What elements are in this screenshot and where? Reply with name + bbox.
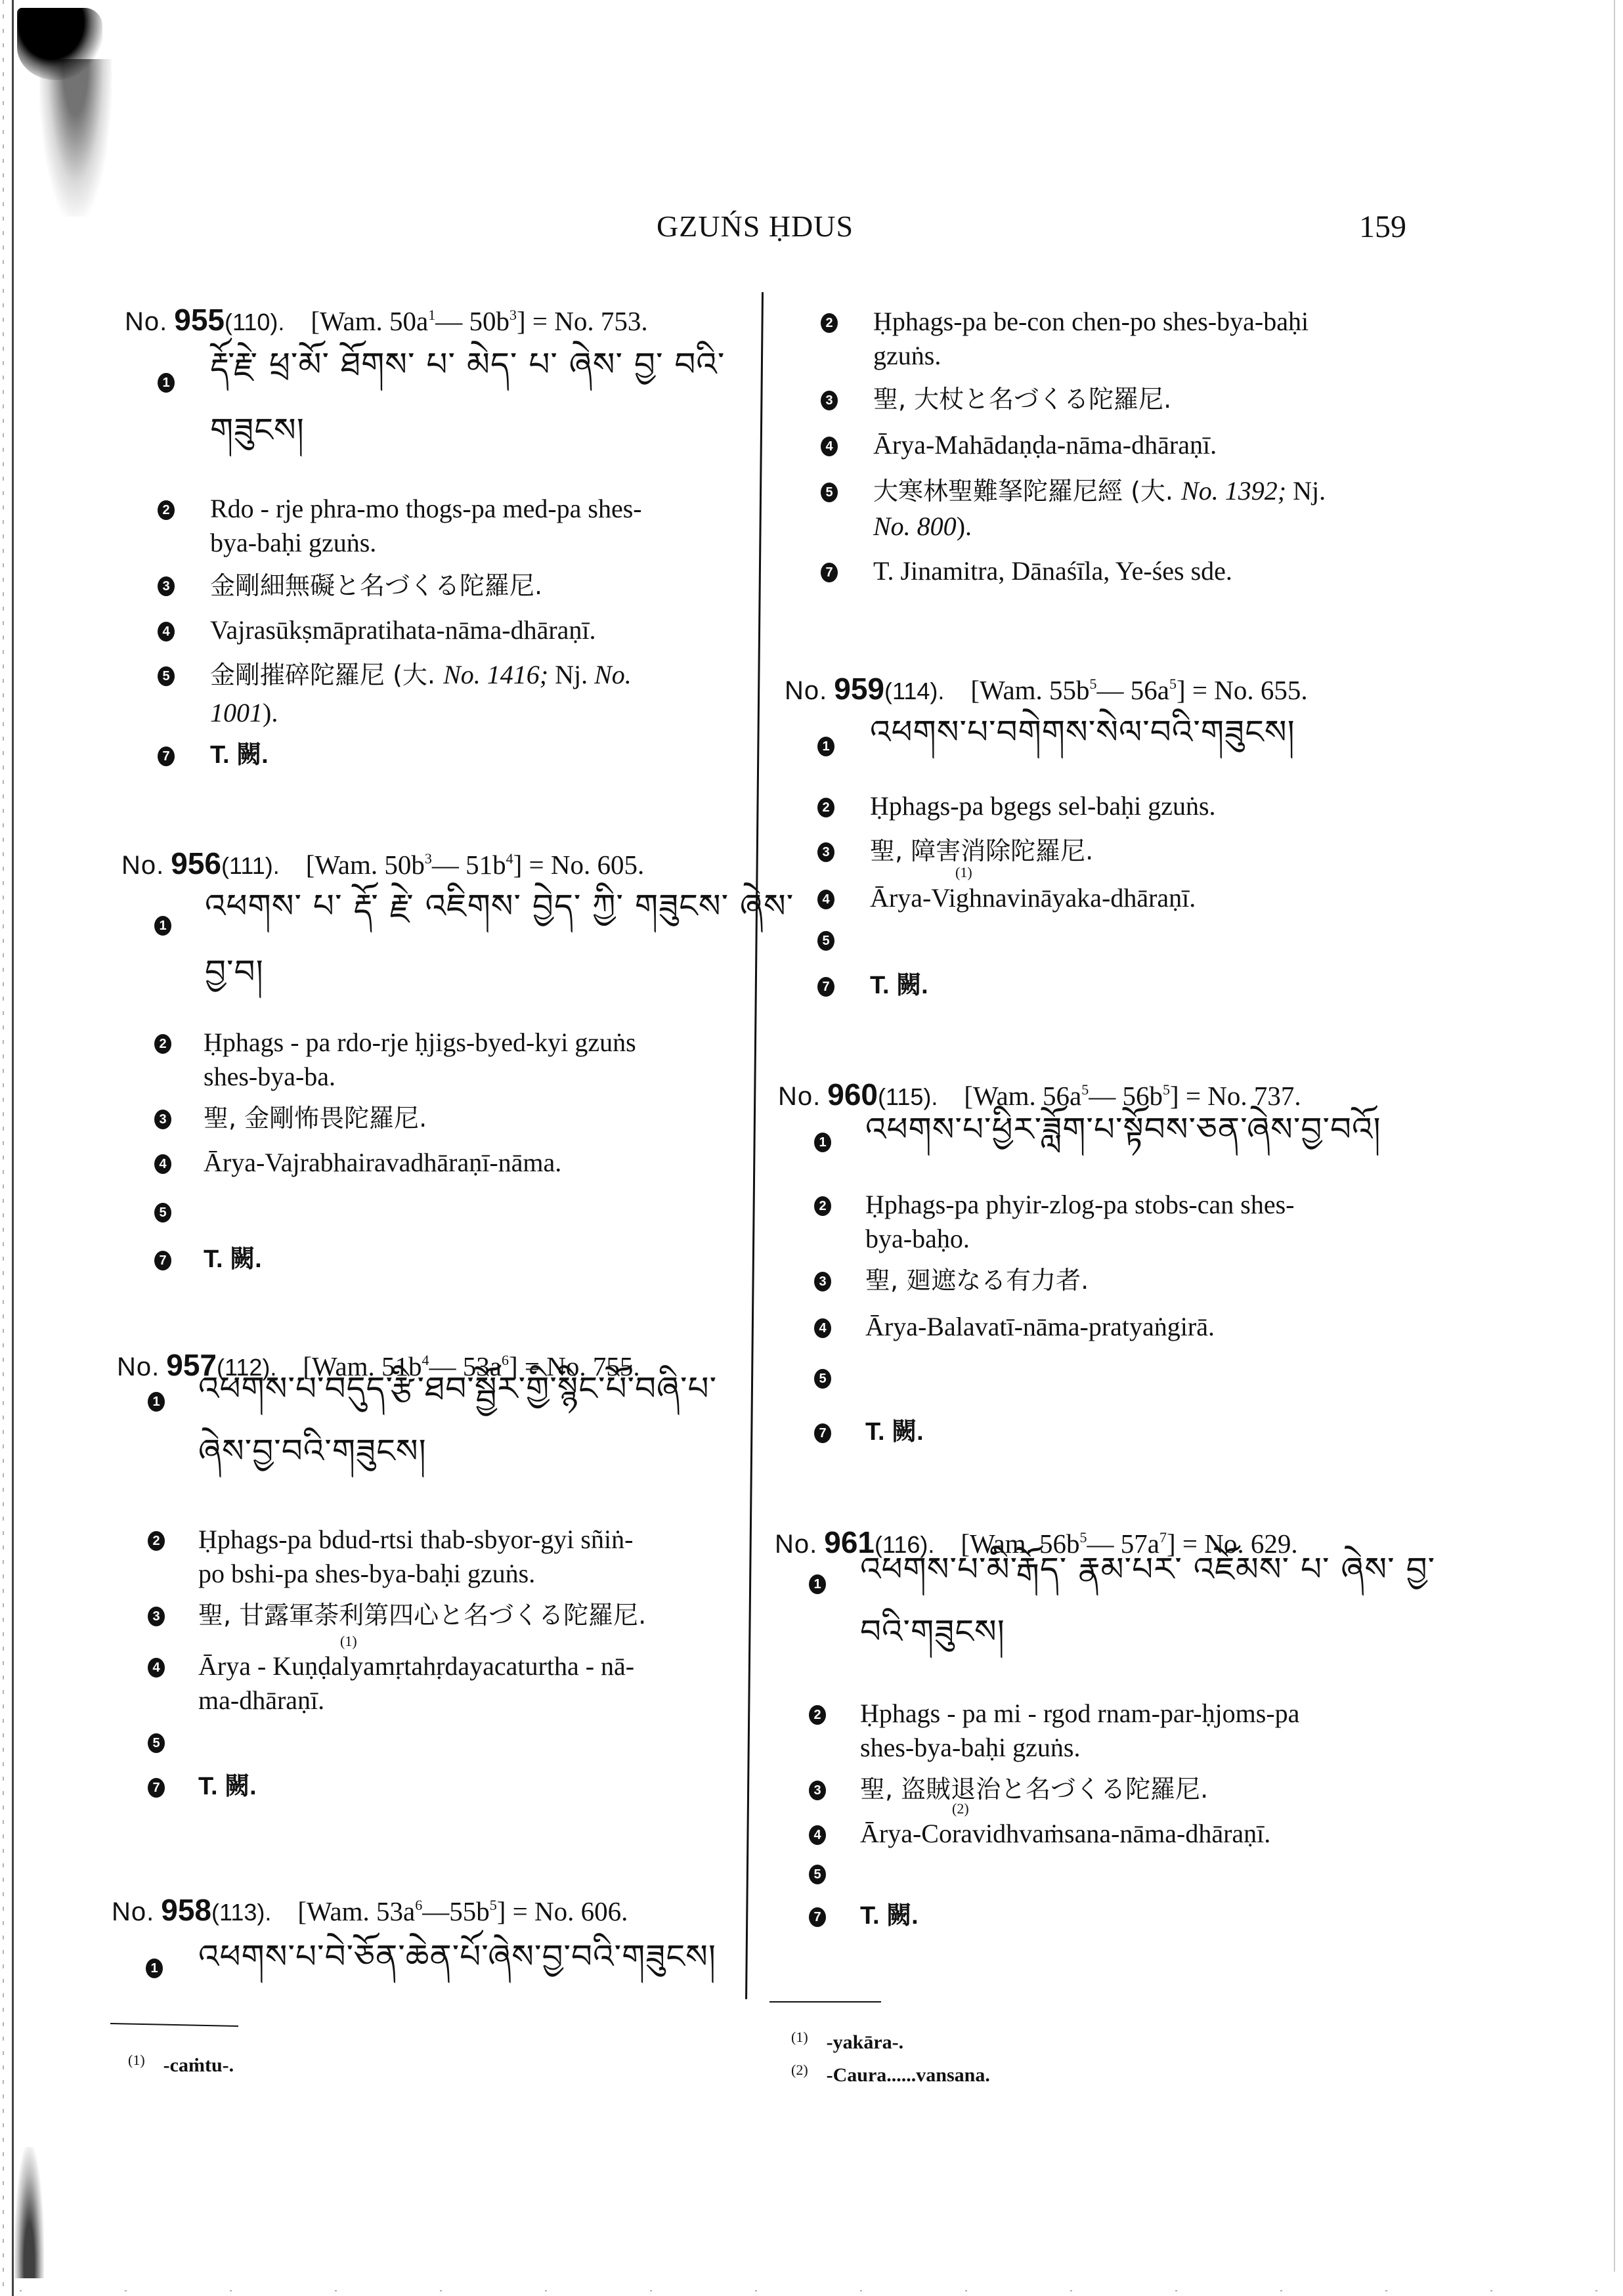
page-number: 159 bbox=[1359, 209, 1406, 245]
no-label: No. bbox=[117, 1353, 160, 1381]
no-label: No. bbox=[112, 1897, 154, 1926]
scan-smudge-top-tail bbox=[39, 59, 112, 217]
japanese-title: 聖, 障害消除陀羅尼. bbox=[870, 831, 1093, 871]
entry-heading: No. 959(114). [Wam. 55b5— 56a5] = No. 65… bbox=[785, 671, 1308, 706]
sanskrit-title: Ārya-Vajrabhairavadhāraṇī-nāma. bbox=[204, 1143, 561, 1182]
footnote-mark: (1) bbox=[128, 2052, 145, 2068]
tibetan-title-cont: བྱ་བ། bbox=[205, 952, 264, 991]
column-divider bbox=[745, 292, 764, 1999]
marker-4-icon: 4 bbox=[148, 1658, 165, 1678]
marker-7-icon: 7 bbox=[821, 563, 838, 582]
marker-3-icon: 3 bbox=[814, 1272, 831, 1291]
marker-2-icon: 2 bbox=[148, 1531, 165, 1551]
tibetan-title: འཕགས་པ་བགེགས་སེལ་བའི་གཟུངས། bbox=[870, 712, 1295, 752]
entry-heading: No. 956(111). [Wam. 50b3— 51b4] = No. 60… bbox=[121, 846, 644, 881]
footnote-rule bbox=[110, 2023, 238, 2027]
sanskrit-title: Ārya - Kuṇḍalyamṛtahṛdayacaturtha - nā- bbox=[198, 1647, 634, 1686]
transliteration: Ḥphags-pa be-con chen-po shes-bya-baḥi bbox=[873, 302, 1309, 341]
marker-1-icon: 1 bbox=[809, 1574, 826, 1594]
marker-5-icon: 5 bbox=[821, 483, 838, 502]
translator: T. 闕. bbox=[198, 1767, 257, 1806]
wam-reference: [Wam. 56a5— 56b5] = No. 737. bbox=[964, 1081, 1301, 1111]
transliteration: Ḥphags - pa mi - rgod rnam-par-ḥjoms-pa bbox=[860, 1694, 1299, 1733]
tibetan-title-cont: གཟུངས། bbox=[210, 410, 305, 450]
sanskrit-title: Vajrasūkṣmāpratihata-nāma-dhāraṇī. bbox=[210, 611, 596, 650]
marker-4-icon: 4 bbox=[821, 437, 838, 456]
tibetan-title: འཕགས་ པ་ རྡོ་ རྗེ་ འཇིགས་ བྱེད་ ཀྱི་ གཟུ… bbox=[205, 886, 794, 926]
marker-3-icon: 3 bbox=[821, 391, 838, 410]
marker-7-icon: 7 bbox=[148, 1778, 165, 1798]
translator: T. 闕. bbox=[870, 966, 928, 1005]
marker-5-icon: 5 bbox=[148, 1733, 165, 1753]
transliteration-cont: bya-baḥi gzuṅs. bbox=[210, 523, 376, 563]
marker-5-icon: 5 bbox=[809, 1865, 826, 1884]
marker-5-icon: 5 bbox=[814, 1369, 831, 1389]
entry-serial: (110). bbox=[225, 309, 284, 336]
japanese-title: 聖, 金剛怖畏陀羅尼. bbox=[204, 1098, 427, 1138]
transliteration: Ḥphags-pa bgegs sel-baḥi gzuṅs. bbox=[870, 787, 1216, 826]
transliteration: Rdo - rje phra-mo thogs-pa med-pa shes- bbox=[210, 489, 642, 529]
marker-2-icon: 2 bbox=[154, 1034, 171, 1054]
transliteration-cont: shes-bya-baḥi gzuṅs. bbox=[860, 1728, 1080, 1767]
footnote-right-2: (2)-Caura......vansana. bbox=[791, 2062, 990, 2087]
marker-4-icon: 4 bbox=[154, 1154, 171, 1174]
translator: T. 闕. bbox=[210, 735, 269, 775]
scan-smudge-bottom bbox=[14, 2147, 44, 2278]
entry-number: 959 bbox=[834, 672, 884, 706]
entry-number: 955 bbox=[174, 303, 225, 337]
entry-serial: (111). bbox=[221, 852, 280, 879]
footnote-text: -yakāra-. bbox=[827, 2031, 903, 2053]
wam-reference: [Wam. 50a1— 50b3] = No. 753. bbox=[311, 306, 647, 336]
sanskrit-title: Ārya-Balavatī-nāma-pratyaṅgirā. bbox=[865, 1307, 1215, 1347]
scan-edge-line-right bbox=[1614, 0, 1615, 2272]
translator: T. 闕. bbox=[860, 1896, 919, 1936]
footnote-text: -Caura......vansana. bbox=[827, 2064, 990, 2086]
tibetan-title: འཕགས་པ་ཕྱིར་ཟློག་པ་སྟོབས་ཅན་ཞེས་བྱ་བའོ། bbox=[865, 1110, 1381, 1149]
marker-3-icon: 3 bbox=[154, 1110, 171, 1129]
japanese-title: 聖, 甘露軍荼利第四心と名づくる陀羅尼. bbox=[198, 1595, 646, 1635]
marker-7-icon: 7 bbox=[809, 1907, 826, 1927]
no-label: No. bbox=[125, 307, 167, 336]
japanese-title: 聖, 廻遮なる有力者. bbox=[865, 1261, 1089, 1300]
footnote-right-1: (1)-yakāra-. bbox=[791, 2029, 903, 2054]
transliteration: Ḥphags-pa bdud-rtsi thab-sbyor-gyi sñiṅ- bbox=[198, 1520, 633, 1559]
transliteration: Ḥphags-pa phyir-zlog-pa stobs-can shes- bbox=[865, 1185, 1294, 1224]
tibetan-title-cont: བའི་གཟུངས། bbox=[860, 1612, 1005, 1651]
wam-reference: [Wam. 53a6—55b5] = No. 606. bbox=[297, 1896, 628, 1926]
entry-serial: (113). bbox=[211, 1899, 271, 1926]
marker-3-icon: 3 bbox=[817, 842, 834, 862]
marker-1-icon: 1 bbox=[817, 737, 834, 756]
japanese-title: 聖, 大杖と名づくる陀羅尼. bbox=[873, 379, 1171, 419]
chinese-title-cont: No. 800). bbox=[873, 507, 972, 546]
no-label: No. bbox=[775, 1530, 817, 1559]
chinese-title: 金剛摧碎陀羅尼 (大. No. 1416; Nj. No. bbox=[210, 655, 632, 695]
marker-1-icon: 1 bbox=[154, 916, 171, 936]
scan-edge-noise bbox=[3, 0, 4, 2296]
wam-reference: [Wam. 55b5— 56a5] = No. 655. bbox=[970, 675, 1307, 705]
marker-5-icon: 5 bbox=[158, 666, 175, 686]
marker-4-icon: 4 bbox=[809, 1825, 826, 1845]
entry-heading: No. 958(113). [Wam. 53a6—55b5] = No. 606… bbox=[112, 1892, 628, 1928]
marker-3-icon: 3 bbox=[158, 576, 175, 596]
transliteration-cont: bya-baḥo. bbox=[865, 1219, 970, 1259]
entry-serial: (115). bbox=[878, 1083, 938, 1110]
transliteration: Ḥphags - pa rdo-rje ḥjigs-byed-kyi gzuṅs bbox=[204, 1023, 636, 1062]
scan-edge-line bbox=[12, 0, 14, 2296]
entry-number: 958 bbox=[161, 1893, 211, 1927]
marker-1-icon: 1 bbox=[148, 1392, 165, 1412]
no-label: No. bbox=[778, 1082, 821, 1111]
translator: T. 闕. bbox=[204, 1240, 262, 1279]
footnote-text: -caṁtu-. bbox=[163, 2054, 234, 2076]
marker-2-icon: 2 bbox=[158, 500, 175, 520]
transliteration-cont: gzuṅs. bbox=[873, 336, 941, 376]
marker-7-icon: 7 bbox=[158, 747, 175, 766]
transliteration-cont: shes-bya-ba. bbox=[204, 1057, 335, 1096]
sanskrit-title: Ārya-Vighnavināyaka-dhāraṇī. bbox=[870, 878, 1196, 918]
marker-4-icon: 4 bbox=[814, 1318, 831, 1338]
marker-2-icon: 2 bbox=[821, 313, 838, 333]
marker-5-icon: 5 bbox=[154, 1203, 171, 1223]
tibetan-title-cont: ཞེས་བྱ་བའི་གཟུངས། bbox=[198, 1431, 427, 1471]
wam-reference: [Wam. 50b3— 51b4] = No. 605. bbox=[306, 850, 645, 880]
translator: T. Jinamitra, Dānaśīla, Ye-śes sde. bbox=[873, 552, 1232, 591]
tibetan-title: འཕགས་པ་བདུད་རྩི་ཐབ་སྦྱོར་གྱི་སྙིང་པོ་བཞི… bbox=[198, 1369, 717, 1408]
marker-1-icon: 1 bbox=[146, 1959, 163, 1978]
entry-heading: No. 960(115). [Wam. 56a5— 56b5] = No. 73… bbox=[778, 1077, 1301, 1112]
footnote-mark: (2) bbox=[791, 2062, 808, 2078]
japanese-title: 聖, 盗賊退治と名づくる陀羅尼. bbox=[860, 1769, 1208, 1809]
chinese-title-cont: 1001). bbox=[210, 693, 278, 733]
sanskrit-title: Ārya-Coravidhvaṁsana-nāma-dhāraṇī. bbox=[860, 1814, 1270, 1853]
marker-3-icon: 3 bbox=[148, 1607, 165, 1626]
marker-2-icon: 2 bbox=[814, 1196, 831, 1216]
sanskrit-title-cont: ma-dhāraṇī. bbox=[198, 1681, 324, 1720]
tibetan-title: འཕགས་པ་བེ་ཅོན་ཆེན་པོ་ཞེས་བྱ་བའི་གཟུངས། bbox=[198, 1937, 716, 1976]
tibetan-title: རྡོ་རྗེ་ ཕྲ་མོ་ ཐོགས་ པ་ མེད་ པ་ ཞེས་ བྱ… bbox=[210, 345, 725, 384]
no-label: No. bbox=[121, 851, 164, 880]
translator: T. 闕. bbox=[865, 1412, 924, 1452]
japanese-title: 金剛細無礙と名づくる陀羅尼. bbox=[210, 566, 542, 605]
marker-2-icon: 2 bbox=[809, 1705, 826, 1725]
entry-number: 960 bbox=[827, 1077, 878, 1112]
marker-7-icon: 7 bbox=[814, 1423, 831, 1443]
marker-4-icon: 4 bbox=[817, 890, 834, 909]
footnote-mark: (1) bbox=[791, 2029, 808, 2045]
tibetan-title: འཕགས་པ་མི་རྒོད་ རྣམ་པར་ འཇོམས་ པ་ ཞེས་ བ… bbox=[860, 1549, 1435, 1589]
footnote-left-1: (1)-caṁtu-. bbox=[128, 2052, 234, 2077]
marker-3-icon: 3 bbox=[809, 1781, 826, 1800]
marker-1-icon: 1 bbox=[158, 373, 175, 393]
marker-7-icon: 7 bbox=[817, 977, 834, 997]
chinese-title: 大寒林聖難拏陀羅尼經 (大. No. 1392; Nj. bbox=[873, 471, 1326, 511]
marker-1-icon: 1 bbox=[814, 1133, 831, 1152]
marker-4-icon: 4 bbox=[158, 622, 175, 641]
footnote-rule bbox=[769, 2001, 881, 2003]
transliteration-cont: po bshi-pa shes-bya-baḥi gzuṅs. bbox=[198, 1554, 535, 1593]
entry-heading: No. 955(110). [Wam. 50a1— 50b3] = No. 75… bbox=[125, 302, 648, 337]
running-head: GZUŃS ḤDUS bbox=[657, 209, 854, 244]
no-label: No. bbox=[785, 676, 827, 705]
marker-5-icon: 5 bbox=[817, 931, 834, 951]
sanskrit-title: Ārya-Mahādaṇḍa-nāma-dhāraṇī. bbox=[873, 425, 1217, 465]
entry-number: 956 bbox=[171, 846, 221, 880]
entry-serial: (114). bbox=[884, 678, 944, 704]
scan-bottom-noise bbox=[20, 2290, 1603, 2291]
marker-2-icon: 2 bbox=[817, 798, 834, 817]
marker-7-icon: 7 bbox=[154, 1251, 171, 1270]
